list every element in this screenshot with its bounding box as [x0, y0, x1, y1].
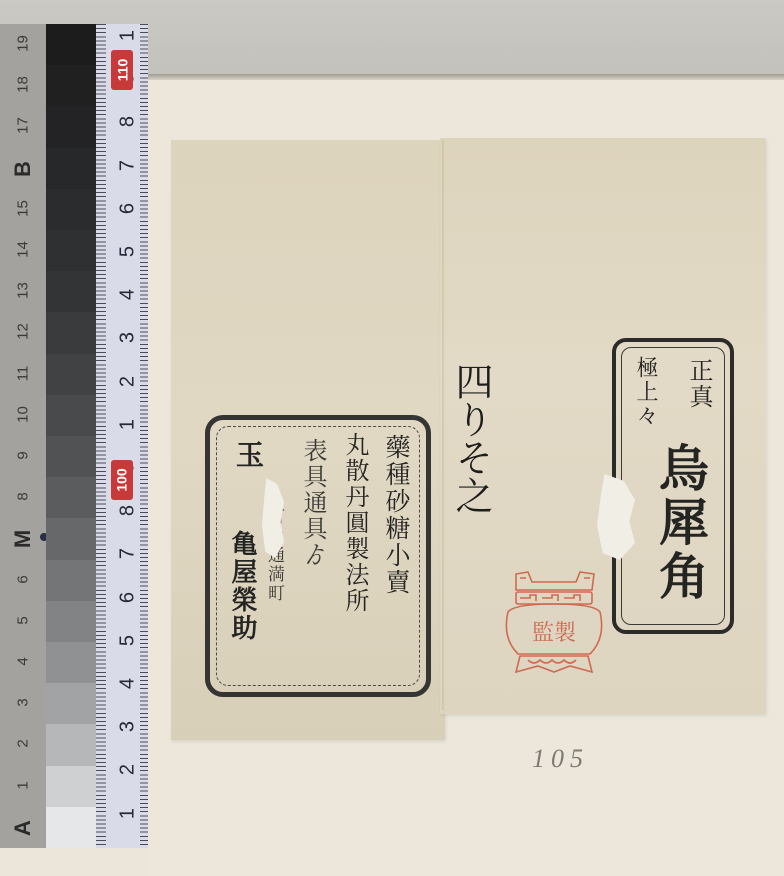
patch-letter: A	[10, 805, 36, 851]
gray-step	[46, 518, 96, 559]
patch-number: 5	[15, 597, 32, 643]
gray-step	[46, 271, 96, 312]
gray-step	[46, 477, 96, 518]
gray-step	[46, 724, 96, 765]
ruler-number: 5	[117, 232, 140, 272]
ruler-number: 6	[117, 577, 140, 617]
ruler-ticks	[140, 24, 148, 848]
ruler-number: 2	[117, 361, 140, 401]
gray-step	[46, 642, 96, 683]
patch-number: 6	[15, 556, 32, 602]
seal-text: 監製	[532, 621, 576, 646]
gray-step	[46, 601, 96, 642]
patch-number: 12	[15, 309, 32, 355]
stamp-col-4: 玉	[228, 440, 268, 470]
ruler-number: 2	[117, 750, 140, 790]
ruler-number: 8	[117, 102, 140, 142]
product-label-box: 正真 極上々 烏犀角	[612, 338, 734, 634]
catalog-number: 105	[532, 744, 589, 774]
grayscale-steps	[46, 24, 96, 848]
patch-number: 4	[15, 639, 32, 685]
patch-number: 3	[15, 680, 32, 726]
gray-step	[46, 189, 96, 230]
patch-number: 9	[15, 433, 32, 479]
gray-step	[46, 148, 96, 189]
gray-step	[46, 436, 96, 477]
ruler-number: 5	[117, 620, 140, 660]
patch-number: 11	[15, 350, 32, 396]
ruler-number: 3	[117, 707, 140, 747]
gray-step	[46, 683, 96, 724]
gray-step	[46, 106, 96, 147]
ruler-number: 3	[117, 318, 140, 358]
ruler-number: 7	[117, 145, 140, 185]
patch-number: 1	[15, 762, 32, 808]
merchant-stamp-box: 藥種砂糖小賣 丸散丹圓製法所 表具通具ゟ 玉 町角通満町 亀屋榮助	[205, 415, 431, 697]
ruler-number: 1	[117, 404, 140, 444]
label-small-col-2: 極上々	[630, 356, 661, 428]
ruler-number: 7	[117, 534, 140, 574]
label-small-col-1: 正真	[682, 358, 717, 410]
stamp-col-6: 亀屋榮助	[224, 530, 261, 642]
stamp-col-2: 丸散丹圓製法所	[338, 432, 373, 614]
stamp-col-3: 表具通具ゟ	[296, 438, 331, 568]
patch-number: 17	[15, 103, 32, 149]
gray-step	[46, 807, 96, 848]
patch-number: 8	[15, 474, 32, 520]
gray-step	[46, 766, 96, 807]
patch-number: 15	[15, 185, 32, 231]
patch-number: 10	[15, 391, 32, 437]
patch-number: 2	[15, 721, 32, 767]
patch-number: 13	[15, 268, 32, 314]
gray-step	[46, 395, 96, 436]
stamp-col-1: 藥種砂糖小賣	[378, 434, 414, 596]
paper-fold-line	[442, 140, 445, 710]
patch-number: 19	[15, 21, 32, 67]
gray-step	[46, 312, 96, 353]
patch-letter: M	[10, 516, 36, 562]
ruler-number: 6	[117, 188, 140, 228]
gray-step	[46, 560, 96, 601]
patch-number: 18	[15, 62, 32, 108]
red-seal-icon: 監製	[498, 568, 610, 676]
label-title: 烏犀角	[644, 442, 716, 604]
patch-number: 14	[15, 227, 32, 273]
ruler-number: 4	[117, 275, 140, 315]
gray-step	[46, 24, 96, 65]
ruler-number: 1	[117, 793, 140, 833]
handwritten-note: 四りそ之	[452, 362, 490, 514]
gray-step	[46, 65, 96, 106]
gray-step	[46, 230, 96, 271]
ruler-number: 4	[117, 664, 140, 704]
ruler-badge: 100	[111, 460, 133, 500]
gray-step	[46, 354, 96, 395]
ruler-badge: 110	[111, 50, 133, 90]
